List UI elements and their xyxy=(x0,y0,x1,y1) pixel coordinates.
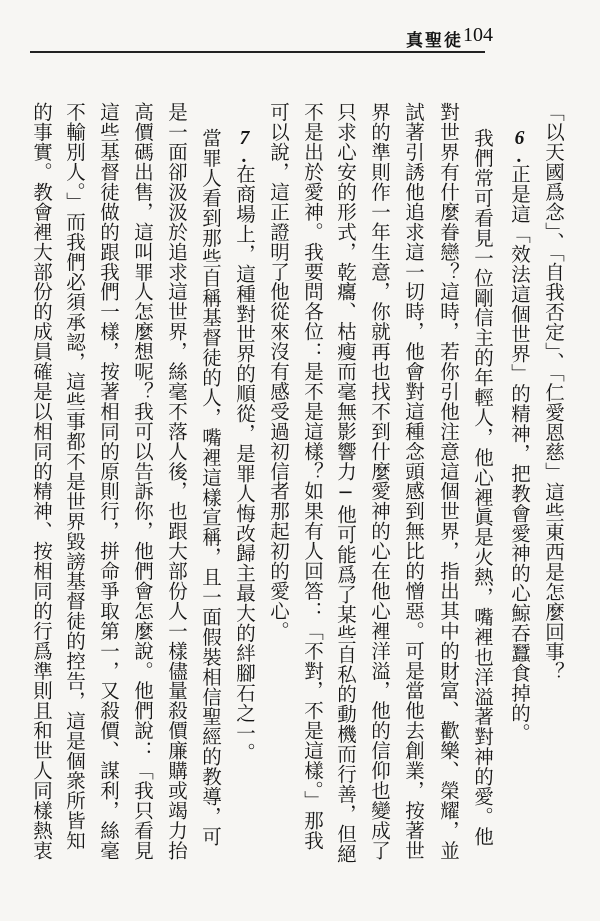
paragraph-number: 6. xyxy=(509,128,530,164)
column-text: 只求心安的形式，乾癟、枯瘦而毫無影響力─他可能爲了某些自私的動機而行善，但絕 xyxy=(334,102,357,864)
paragraph-number: 7. xyxy=(234,128,255,164)
running-title: 真聖徒 xyxy=(406,26,463,51)
text-column: 當罪人看到那些自稱基督徒的人，嘴裡這樣宣稱，且一面假裝相信聖經的教導，可 xyxy=(198,128,222,846)
column-text: 不是出於愛神。我要問各位：是不是這樣？如果有人回答：「不對，不是這樣。」那我 xyxy=(301,102,324,850)
column-text: 我們常可看見一位剛信主的年輕人，他心裡眞是火熱，嘴裡也洋溢著對神的愛。他 xyxy=(471,128,494,846)
page-number: 104 xyxy=(463,24,493,47)
text-column: 的事實。教會裡大部份的成員確是以相同的精神、按相同的行爲準則且和世人同樣熱衷 xyxy=(29,102,53,860)
text-column: 只求心安的形式，乾癟、枯瘦而毫無影響力─他可能爲了某些自私的動機而行善，但絕 xyxy=(333,102,357,864)
column-text: 對世界有什麼眷戀？這時，若你引他注意這個世界，指出其中的財富、歡樂、榮耀，並 xyxy=(437,102,460,860)
column-text: 高價碼出售，這叫罪人怎麼想呢？我可以告訴你，他們會怎麼說。他們說：「我只看見 xyxy=(131,102,154,860)
column-text: 可以說，這正證明了他從來沒有感受過初信者那起初的愛心。 xyxy=(267,102,290,641)
text-column: 高價碼出售，這叫罪人怎麼想呢？我可以告訴你，他們會怎麼說。他們說：「我只看見 xyxy=(130,102,154,860)
header-rule xyxy=(30,51,485,53)
text-column: 不輸別人。」而我們必須承認，這些事都不是世界毀謗基督徒的控告，這是個衆所皆知 xyxy=(62,102,86,850)
column-text: 的事實。教會裡大部份的成員確是以相同的精神、按相同的行爲準則且和世人同樣熱衷 xyxy=(30,102,53,860)
text-column: 我們常可看見一位剛信主的年輕人，他心裡眞是火熱，嘴裡也洋溢著對神的愛。他 xyxy=(470,128,494,846)
text-column: 「以天國爲念」、「自我否定」、「仁愛恩慈」這些東西是怎麼回事？ xyxy=(541,102,565,681)
text-column: 可以說，這正證明了他從來沒有感受過初信者那起初的愛心。 xyxy=(266,102,290,641)
column-text: 不輸別人。」而我們必須承認，這些事都不是世界毀謗基督徒的控告，這是個衆所皆知 xyxy=(63,102,86,850)
text-column: 對世界有什麼眷戀？這時，若你引他注意這個世界，指出其中的財富、歡樂、榮耀，並 xyxy=(436,102,460,860)
text-column: 這些基督徒做的跟我們一樣，按著相同的原則行，拼命爭取第一，又殺價、謀利，絲毫 xyxy=(96,102,120,860)
column-text: 界的準則作一年生意，你就再也找不到什麼愛神的心在他心裡洋溢，他的信仰也變成了 xyxy=(368,102,391,860)
text-column: 試著引誘他追求這一切時，他會對這種念頭感到無比的憎惡。可是當他去創業，按著世 xyxy=(401,102,425,860)
text-column: 界的準則作一年生意，你就再也找不到什麼愛神的心在他心裡洋溢，他的信仰也變成了 xyxy=(367,102,391,860)
text-column: 不是出於愛神。我要問各位：是不是這樣？如果有人回答：「不對，不是這樣。」那我 xyxy=(300,102,324,850)
column-text: 當罪人看到那些自稱基督徒的人，嘴裡這樣宣稱，且一面假裝相信聖經的教導，可 xyxy=(199,128,222,846)
page-header: 真聖徒 104 xyxy=(0,20,600,60)
column-text: 「以天國爲念」、「自我否定」、「仁愛恩慈」這些東西是怎麼回事？ xyxy=(542,102,565,681)
column-text: 這些基督徒做的跟我們一樣，按著相同的原則行，拼命爭取第一，又殺價、謀利，絲毫 xyxy=(97,102,120,860)
column-text: 在商場上，這種對世界的順從，是罪人悔改歸主最大的絆腳石之一。 xyxy=(233,164,256,763)
text-column: 7.在商場上，這種對世界的順從，是罪人悔改歸主最大的絆腳石之一。 xyxy=(232,128,256,763)
text-column: 6.正是這「效法這個世界」的精神，把教會愛神的心鯨吞蠶食掉的。 xyxy=(507,128,531,743)
column-text: 試著引誘他追求這一切時，他會對這種念頭感到無比的憎惡。可是當他去創業，按著世 xyxy=(402,102,425,860)
column-text: 是一面卻汲汲於追求這世界，絲毫不落人後，也跟大部份人一樣儘量殺價廉購或竭力抬 xyxy=(165,102,188,860)
text-column: 是一面卻汲汲於追求這世界，絲毫不落人後，也跟大部份人一樣儘量殺價廉購或竭力抬 xyxy=(164,102,188,860)
column-text: 正是這「效法這個世界」的精神，把教會愛神的心鯨吞蠶食掉的。 xyxy=(508,164,531,743)
